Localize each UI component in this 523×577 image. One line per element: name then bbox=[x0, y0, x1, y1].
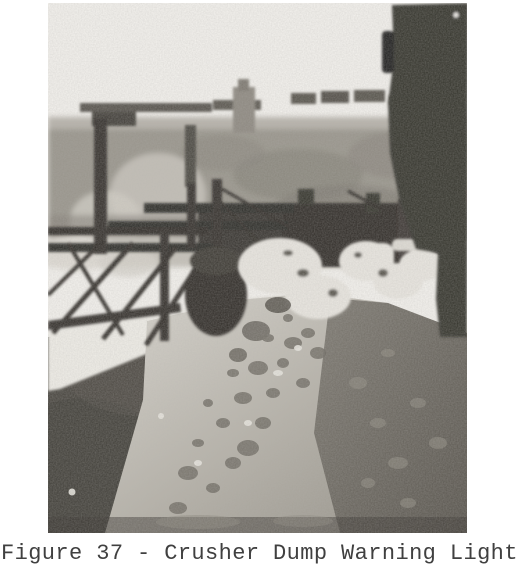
photo-canvas bbox=[48, 3, 467, 533]
film-grain-overlay bbox=[48, 3, 467, 533]
figure-photo bbox=[48, 3, 467, 533]
figure-caption: Figure 37 - Crusher Dump Warning Light bbox=[1, 541, 523, 567]
document-page: Figure 37 - Crusher Dump Warning Light bbox=[0, 0, 523, 577]
